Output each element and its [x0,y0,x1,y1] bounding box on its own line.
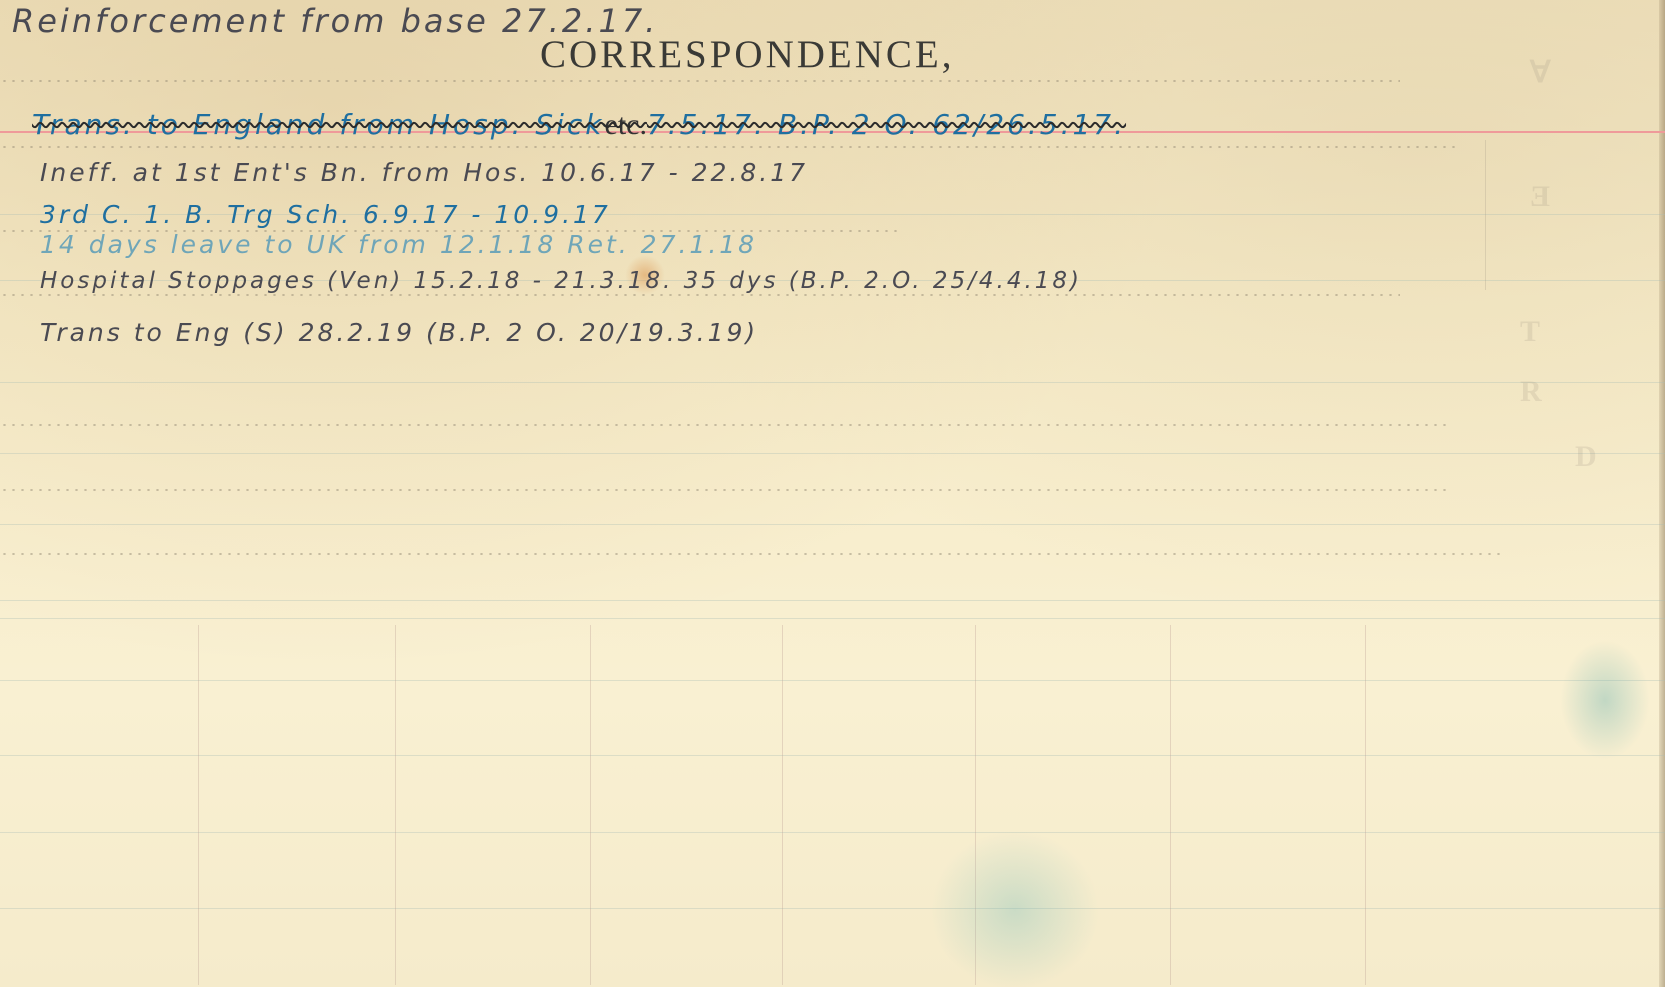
grid-column-line [590,625,591,985]
entry-1: Trans. to England from Hosp. Sicketc.7.5… [32,108,1126,142]
dotted-rule [0,146,1460,148]
show-through-mark: R [1520,375,1542,409]
ruled-line [0,524,1665,525]
entry-1-ref: 7.5.17. B.P. 2 O. 62/26.5.17. [647,108,1126,141]
entry-6: Trans to Eng (S) 28.2.19 (B.P. 2 O. 20/1… [40,318,758,347]
grid-column-line [1365,625,1366,985]
card-edge [1659,0,1665,987]
dotted-rule [0,294,1400,296]
grid-column-line [1485,140,1486,290]
entry-1-printed-etc: etc. [605,108,647,141]
ruled-line [0,908,1665,909]
ruled-line [0,618,1665,619]
card-heading: CORRESPONDENCE, [540,32,954,77]
dotted-rule [0,80,1400,82]
entry-1-struck-text: Trans. to England from Hosp. Sick [32,108,605,141]
ruled-line [0,680,1665,681]
dotted-rule [0,553,1500,555]
ruled-line [0,453,1665,454]
show-through-mark: T [1520,315,1540,349]
entry-2: Ineff. at 1st Ent's Bn. from Hos. 10.6.1… [40,158,808,187]
record-card: Ɐ Ǝ T R D Reinforcement from base 27.2.1… [0,0,1665,987]
grid-column-line [395,625,396,985]
grid-column-line [1170,625,1171,985]
entry-5: Hospital Stoppages (Ven) 15.2.18 - 21.3.… [40,268,1082,294]
show-through-mark: Ǝ [1530,180,1550,214]
grid-column-line [198,625,199,985]
entry-3: 3rd C. 1. B. Trg Sch. 6.9.17 - 10.9.17 [40,200,611,229]
dotted-rule [0,489,1450,491]
entry-4: 14 days leave to UK from 12.1.18 Ret. 27… [40,230,757,259]
dotted-rule [0,424,1450,426]
ruled-line [0,600,1665,601]
ink-smudge [1560,640,1650,760]
ink-smudge [930,830,1100,987]
ruled-line [0,832,1665,833]
show-through-mark: D [1575,440,1597,474]
ruled-line [0,382,1665,383]
show-through-mark: Ɐ [1530,55,1551,90]
ruled-line [0,755,1665,756]
grid-column-line [782,625,783,985]
